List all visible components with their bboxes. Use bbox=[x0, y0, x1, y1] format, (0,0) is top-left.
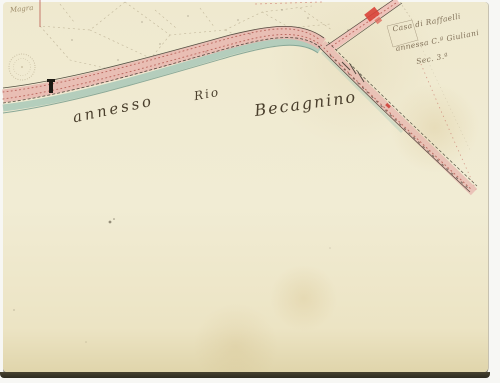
embossed-stamp bbox=[9, 54, 35, 80]
map-scan: Magra Casa di Raffaelli annessa C.ª Giul… bbox=[0, 0, 500, 383]
